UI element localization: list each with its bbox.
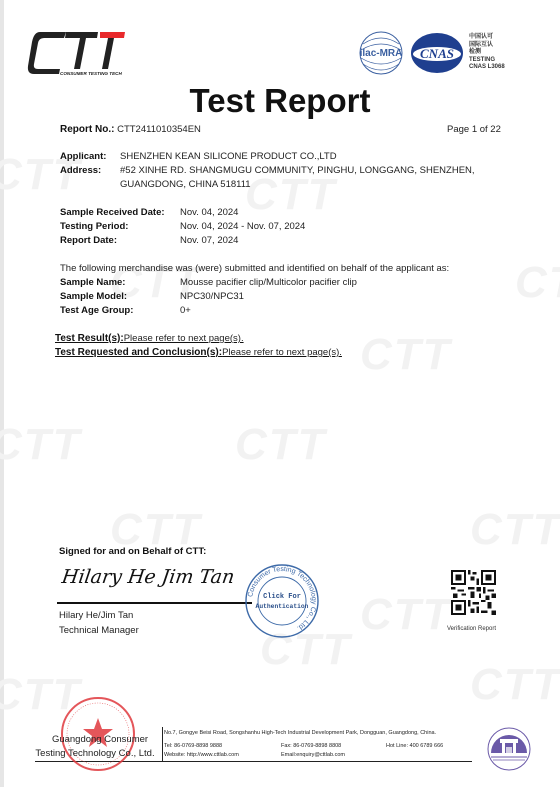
report-number: Report No.: CTT2411010354EN	[60, 123, 201, 137]
age-group-label: Test Age Group:	[60, 304, 133, 318]
footer-fax: Fax: 86-0769-8898 8808	[281, 743, 341, 749]
svg-text:CONSUMER TESTING TECH: CONSUMER TESTING TECH	[60, 71, 122, 76]
handwritten-signature: Hilary He Jim Tan	[60, 566, 235, 588]
footer-company-name: Guangdong Consumer Testing Technology Co…	[40, 733, 160, 761]
signature-line	[57, 602, 252, 604]
footer-tel: Tel: 86-0769-8898 9888	[164, 743, 222, 749]
ilac-mra-icon: ilac-MRA	[355, 30, 407, 76]
footer-divider-right	[162, 761, 472, 762]
address-label: Address:	[60, 164, 101, 178]
signer-names: Hilary He/Jim Tan	[59, 610, 133, 621]
footer-address: No.7, Gongye Beisi Road, Songshanhu High…	[164, 730, 436, 736]
verification-label: Verification Report	[447, 626, 496, 632]
authentication-stamp-button[interactable]: Consumer Testing Technology Co., Ltd. Cl…	[244, 563, 320, 639]
sample-received-value: Nov. 04, 2024	[180, 206, 238, 220]
signed-heading: Signed for and on Behalf of CTT:	[59, 546, 206, 557]
sample-model-value: NPC30/NPC31	[180, 290, 244, 304]
page-indicator: Page 1 of 22	[447, 123, 501, 137]
cnas-icon: CNAS	[409, 30, 465, 76]
address-line1: #52 XINHE RD. SHANGMUGU COMMUNITY, PINGH…	[120, 164, 475, 178]
accreditation-logos: ilac-MRA CNAS 中国认可 国际互认 检测 TESTING CNAS …	[355, 30, 505, 76]
applicant-label: Applicant:	[60, 150, 106, 164]
footer-website[interactable]: Website: http://www.cttlab.com	[164, 752, 239, 758]
watermark: CTT	[0, 420, 82, 470]
address-line2: GUANGDONG, CHINA 518111	[120, 178, 251, 192]
watermark: CTT	[235, 420, 327, 470]
emblem-icon	[487, 727, 531, 771]
svg-text:CNAS: CNAS	[420, 46, 454, 61]
sample-received-label: Sample Received Date:	[60, 206, 165, 220]
age-group-value: 0+	[180, 304, 191, 318]
testing-period-value: Nov. 04, 2024 - Nov. 07, 2024	[180, 220, 305, 234]
sample-name-value: Mousse pacifier clip/Multicolor pacifier…	[180, 276, 357, 290]
report-date-label: Report Date:	[60, 234, 117, 248]
applicant-value: SHENZHEN KEAN SILICONE PRODUCT CO.,LTD	[120, 150, 337, 164]
footer-hotline: Hot Line: 400 6789 666	[386, 743, 443, 749]
footer-vertical-divider	[162, 727, 163, 762]
verification-qr-code[interactable]	[451, 570, 496, 615]
sample-name-label: Sample Name:	[60, 276, 125, 290]
svg-text:ilac-MRA: ilac-MRA	[360, 48, 403, 59]
signer-position: Technical Manager	[59, 625, 139, 636]
merchandise-intro: The following merchandise was (were) sub…	[60, 262, 449, 276]
test-conclusion: Test Requested and Conclusion(s):Please …	[55, 346, 342, 360]
watermark: CTT	[360, 590, 452, 640]
svg-text:Click For: Click For	[263, 593, 301, 601]
cnas-caption: 中国认可 国际互认 检测 TESTING CNAS L3068	[469, 34, 505, 72]
svg-text:Authentication: Authentication	[256, 603, 309, 610]
page-title: Test Report	[0, 82, 560, 120]
footer-email[interactable]: Email:enquiry@cttlab.com	[281, 752, 345, 758]
report-date-value: Nov. 07, 2024	[180, 234, 238, 248]
watermark: CTT	[360, 330, 452, 380]
watermark: CTT	[515, 258, 560, 308]
testing-period-label: Testing Period:	[60, 220, 128, 234]
sample-model-label: Sample Model:	[60, 290, 127, 304]
ctt-logo: CONSUMER TESTING TECH	[26, 28, 126, 78]
watermark: CTT	[470, 660, 560, 710]
watermark: CTT	[245, 170, 337, 220]
test-result: Test Result(s):Please refer to next page…	[55, 332, 244, 346]
watermark: CTT	[470, 505, 560, 555]
